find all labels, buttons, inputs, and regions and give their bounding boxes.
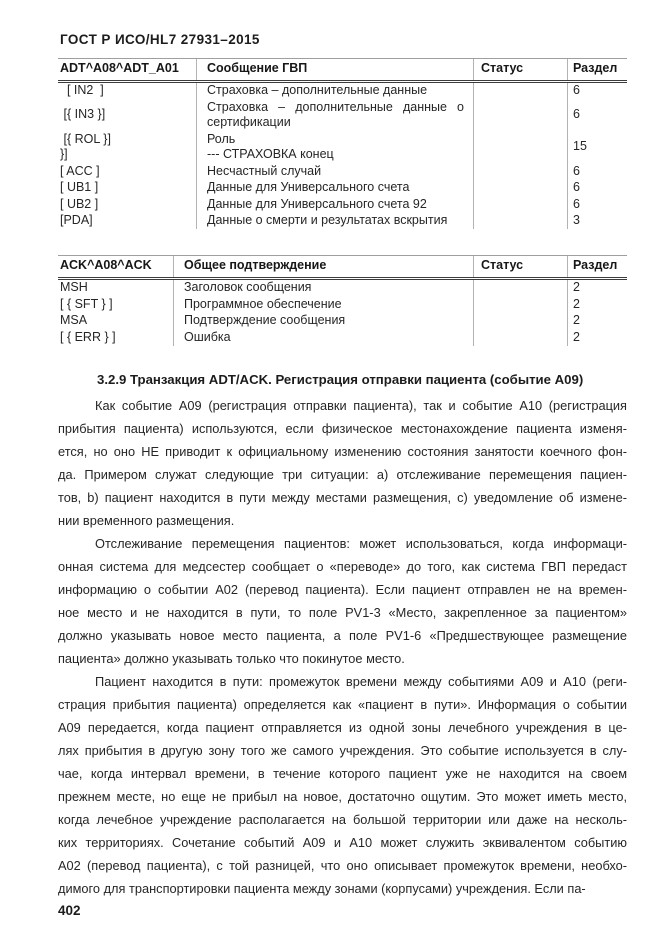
cell-status — [473, 196, 567, 213]
table-row: [ { ERR } ]Ошибка2 — [58, 329, 627, 346]
text-line: когда лечебное учреждение располагается … — [58, 808, 627, 831]
table-row: [ ACC ]Несчастный случай6 — [58, 163, 627, 180]
text-line: прибытия пациента) используются, если фи… — [58, 417, 627, 440]
cell-description: Заголовок сообщения — [173, 280, 473, 297]
column-header: ADT^A08^ADT_A01 — [58, 59, 196, 80]
column-header: Статус — [473, 59, 567, 80]
cell-section: 2 — [567, 280, 627, 297]
table-header-row: ACK^A08^ACKОбщее подтверждениеСтатусРазд… — [58, 255, 627, 280]
cell-description: Ошибка — [173, 329, 473, 346]
cell-section: 15 — [567, 131, 627, 163]
text-line: должно указывать новое место пациента, а… — [58, 624, 627, 647]
cell-line: [ UB2 ] — [60, 197, 194, 213]
text-line: прежнем месте, но еще не прибыл на новое… — [58, 785, 627, 808]
cell-segment: [ IN2 ] — [58, 83, 196, 100]
text-line: тов, b) пациент находится в пути между м… — [58, 486, 627, 509]
cell-section: 6 — [567, 180, 627, 197]
text-line: Пациент находится в пути: промежуток вре… — [58, 670, 627, 693]
cell-segment: [{ IN3 }] — [58, 99, 196, 131]
column-header: Статус — [473, 256, 567, 277]
cell-status — [473, 83, 567, 100]
cell-line: 2 — [573, 297, 625, 313]
cell-line: 15 — [573, 139, 625, 155]
text-line: да. Примером служат следующие три ситуац… — [58, 463, 627, 486]
cell-segment: [ ACC ] — [58, 163, 196, 180]
cell-segment: [{ ROL }]}] — [58, 131, 196, 163]
cell-line: [ IN2 ] — [60, 83, 194, 99]
cell-line: [PDA] — [60, 213, 194, 229]
text-line: ких территориях. Сочетание событий A09 и… — [58, 831, 627, 854]
paragraph: Отслеживание перемещения пациентов: може… — [58, 532, 627, 670]
cell-status — [473, 280, 567, 297]
column-header: Общее подтверждение — [173, 256, 473, 277]
cell-segment: [ { ERR } ] — [58, 329, 173, 346]
cell-description: Страховка – дополнительные данные осерти… — [196, 99, 473, 131]
cell-section: 6 — [567, 163, 627, 180]
column-header: Раздел — [567, 59, 627, 80]
cell-status — [473, 313, 567, 330]
table-row: [{ IN3 }]Страховка – дополнительные данн… — [58, 99, 627, 131]
cell-line: 2 — [573, 330, 625, 346]
document-page: ГОСТ Р ИСО/HL7 27931–2015 ADT^A08^ADT_A0… — [0, 0, 661, 935]
cell-line: Несчастный случай — [207, 164, 464, 180]
cell-section: 6 — [567, 99, 627, 131]
cell-line: Страховка – дополнительные данные — [207, 83, 464, 99]
text-line: ется, но оно НЕ приводит к официальному … — [58, 440, 627, 463]
text-line: информацию о событии A02 (перевод пациен… — [58, 578, 627, 601]
table-row: MSHЗаголовок сообщения2 — [58, 280, 627, 297]
text-line: пациента» должно указывать только что по… — [58, 647, 627, 670]
text-line: A02 (перевод пациента), с той разницей, … — [58, 854, 627, 877]
cell-section: 2 — [567, 329, 627, 346]
cell-line: Данные для Универсального счета — [207, 180, 464, 196]
cell-section: 2 — [567, 313, 627, 330]
cell-line: MSH — [60, 280, 171, 296]
cell-line: 6 — [573, 180, 625, 196]
cell-line: MSA — [60, 313, 171, 329]
cell-status — [473, 329, 567, 346]
table-row: [{ ROL }]}]Роль--- СТРАХОВКА конец15 — [58, 131, 627, 163]
column-header: Раздел — [567, 256, 627, 277]
cell-line: Программное обеспечение — [184, 297, 464, 313]
cell-status — [473, 213, 567, 230]
table-row: [ { SFT } ]Программное обеспечение2 — [58, 296, 627, 313]
table-row: [ UB2 ]Данные для Универсального счета 9… — [58, 196, 627, 213]
cell-segment: [ { SFT } ] — [58, 296, 173, 313]
cell-line: [{ IN3 }] — [60, 107, 194, 123]
text-line: ное место и не находится в пути, то поле… — [58, 601, 627, 624]
cell-line: 2 — [573, 313, 625, 329]
cell-segment: [ UB2 ] — [58, 196, 196, 213]
table-row: [PDA]Данные о смерти и результатах вскры… — [58, 213, 627, 230]
table-header-row: ADT^A08^ADT_A01Сообщение ГВПСтатусРаздел — [58, 58, 627, 83]
page-number: 402 — [58, 903, 627, 918]
cell-description: Подтверждение сообщения — [173, 313, 473, 330]
paragraph: Пациент находится в пути: промежуток вре… — [58, 670, 627, 900]
cell-section: 6 — [567, 196, 627, 213]
cell-status — [473, 131, 567, 163]
cell-line: Роль — [207, 132, 464, 148]
cell-line: Подтверждение сообщения — [184, 313, 464, 329]
cell-line: [ { ERR } ] — [60, 330, 171, 346]
cell-line: Данные для Универсального счета 92 — [207, 197, 464, 213]
text-line: Отслеживание перемещения пациентов: може… — [58, 532, 627, 555]
column-header: ACK^A08^ACK — [58, 256, 173, 277]
text-line: лях прибытия в другую зону того же самог… — [58, 739, 627, 762]
text-line: чае, когда интервал времени, в течение к… — [58, 762, 627, 785]
cell-line: 6 — [573, 107, 625, 123]
cell-line: [{ ROL }] — [60, 132, 194, 148]
text-line: A09 передается, когда пациент отправляет… — [58, 716, 627, 739]
cell-status — [473, 296, 567, 313]
cell-description: Роль--- СТРАХОВКА конец — [196, 131, 473, 163]
cell-line: 3 — [573, 213, 625, 229]
cell-segment: MSA — [58, 313, 173, 330]
cell-line: --- СТРАХОВКА конец — [207, 147, 464, 163]
cell-line: 6 — [573, 83, 625, 99]
cell-line: Страховка – дополнительные данные о — [207, 100, 464, 116]
cell-description: Страховка – дополнительные данные — [196, 83, 473, 100]
cell-status — [473, 180, 567, 197]
cell-line: Заголовок сообщения — [184, 280, 464, 296]
cell-description: Программное обеспечение — [173, 296, 473, 313]
cell-section: 3 — [567, 213, 627, 230]
cell-description: Несчастный случай — [196, 163, 473, 180]
cell-segment: [PDA] — [58, 213, 196, 230]
text-line: страция прибытия пациента) определяется … — [58, 693, 627, 716]
cell-line: сертификации — [207, 115, 464, 131]
standard-number-header: ГОСТ Р ИСО/HL7 27931–2015 — [60, 32, 627, 47]
paragraph: Как событие A09 (регистрация отправки па… — [58, 394, 627, 532]
cell-status — [473, 163, 567, 180]
adt-message-segments-table: ADT^A08^ADT_A01Сообщение ГВПСтатусРаздел… — [58, 58, 627, 229]
cell-line: Данные о смерти и результатах вскрытия — [207, 213, 464, 229]
body-text: Как событие A09 (регистрация отправки па… — [58, 394, 627, 900]
text-line: нии временного размещения. — [58, 509, 627, 532]
cell-section: 6 — [567, 83, 627, 100]
cell-description: Данные для Универсального счета — [196, 180, 473, 197]
section-heading: 3.2.9 Транзакция ADT/ACK. Регистрация от… — [97, 372, 627, 387]
cell-segment: [ UB1 ] — [58, 180, 196, 197]
cell-line: [ { SFT } ] — [60, 297, 171, 313]
cell-description: Данные для Универсального счета 92 — [196, 196, 473, 213]
table-row: [ UB1 ]Данные для Универсального счета6 — [58, 180, 627, 197]
text-line: онная система для медсестер сообщает о «… — [58, 555, 627, 578]
cell-section: 2 — [567, 296, 627, 313]
cell-line: [ UB1 ] — [60, 180, 194, 196]
cell-description: Данные о смерти и результатах вскрытия — [196, 213, 473, 230]
cell-line: Ошибка — [184, 330, 464, 346]
table-row: [ IN2 ]Страховка – дополнительные данные… — [58, 83, 627, 100]
cell-line: 6 — [573, 197, 625, 213]
text-line: димого для транспортировки пациента межд… — [58, 877, 627, 900]
cell-line: }] — [60, 147, 194, 163]
cell-segment: MSH — [58, 280, 173, 297]
ack-acknowledgement-table: ACK^A08^ACKОбщее подтверждениеСтатусРазд… — [58, 255, 627, 346]
cell-status — [473, 99, 567, 131]
cell-line: [ ACC ] — [60, 164, 194, 180]
column-header: Сообщение ГВП — [196, 59, 473, 80]
table-row: MSAПодтверждение сообщения2 — [58, 313, 627, 330]
cell-line: 2 — [573, 280, 625, 296]
cell-line: 6 — [573, 164, 625, 180]
text-line: Как событие A09 (регистрация отправки па… — [58, 394, 627, 417]
